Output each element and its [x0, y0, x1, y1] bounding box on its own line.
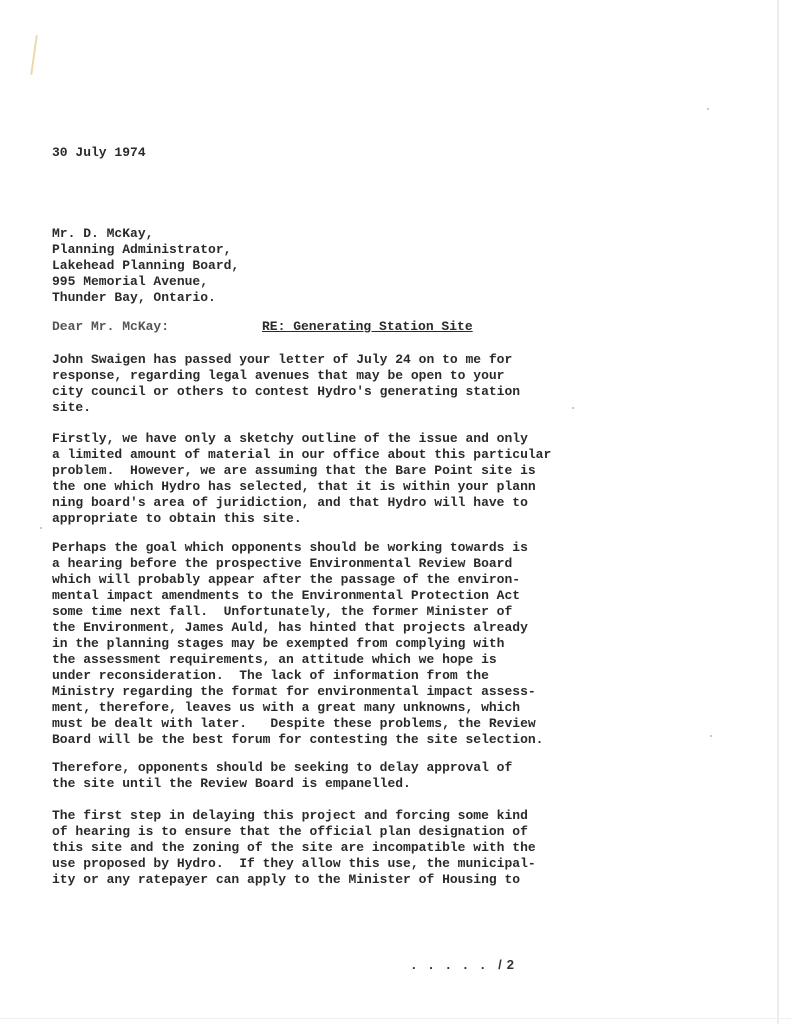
paragraph-1: John Swaigen has passed your letter of J…: [52, 352, 520, 416]
text-line: must be dealt with later. Despite these …: [52, 716, 543, 732]
text-line: problem. However, we are assuming that t…: [52, 463, 551, 479]
text-line: of hearing is to ensure that the officia…: [52, 824, 536, 840]
text-line: ity or any ratepayer can apply to the Mi…: [52, 872, 536, 888]
subject-line: RE: Generating Station Site: [262, 319, 473, 335]
text-line: Board will be the best forum for contest…: [52, 732, 543, 748]
text-line: response, regarding legal avenues that m…: [52, 368, 520, 384]
text-line: site.: [52, 400, 520, 416]
text-line: appropriate to obtain this site.: [52, 511, 551, 527]
recipient-address: Mr. D. McKay, Planning Administrator, La…: [52, 226, 239, 306]
text-line: the Environment, James Auld, has hinted …: [52, 620, 543, 636]
text-line: the site until the Review Board is empan…: [52, 776, 512, 792]
text-line: city council or others to contest Hydro'…: [52, 384, 520, 400]
recipient-line: 995 Memorial Avenue,: [52, 274, 239, 290]
text-line: ment, therefore, leaves us with a great …: [52, 700, 543, 716]
speck: [707, 108, 709, 110]
paragraph-4: Therefore, opponents should be seeking t…: [52, 760, 512, 792]
text-line: in the planning stages may be exempted f…: [52, 636, 543, 652]
text-line: which will probably appear after the pas…: [52, 572, 543, 588]
text-line: ning board's area of juridiction, and th…: [52, 495, 551, 511]
letter-date: 30 July 1974: [52, 145, 146, 161]
page-continuation-marker: . . . . . /2: [412, 957, 519, 972]
text-line: Ministry regarding the format for enviro…: [52, 684, 543, 700]
recipient-line: Thunder Bay, Ontario.: [52, 290, 239, 306]
text-line: a hearing before the prospective Environ…: [52, 556, 543, 572]
text-line: mental impact amendments to the Environm…: [52, 588, 543, 604]
text-line: John Swaigen has passed your letter of J…: [52, 352, 520, 368]
text-line: Perhaps the goal which opponents should …: [52, 540, 543, 556]
recipient-line: Planning Administrator,: [52, 242, 239, 258]
paragraph-3: Perhaps the goal which opponents should …: [52, 540, 543, 748]
recipient-line: Lakehead Planning Board,: [52, 258, 239, 274]
speck: [572, 407, 574, 409]
paragraph-5: The first step in delaying this project …: [52, 808, 536, 888]
page-edge: [777, 0, 779, 1024]
text-line: the assessment requirements, an attitude…: [52, 652, 543, 668]
text-line: Therefore, opponents should be seeking t…: [52, 760, 512, 776]
paragraph-2: Firstly, we have only a sketchy outline …: [52, 431, 551, 527]
text-line: the one which Hydro has selected, that i…: [52, 479, 551, 495]
salutation: Dear Mr. McKay:: [52, 319, 169, 335]
text-line: under reconsideration. The lack of infor…: [52, 668, 543, 684]
pencil-mark: [30, 35, 38, 75]
text-line: this site and the zoning of the site are…: [52, 840, 536, 856]
text-line: use proposed by Hydro. If they allow thi…: [52, 856, 536, 872]
text-line: a limited amount of material in our offi…: [52, 447, 551, 463]
text-line: The first step in delaying this project …: [52, 808, 536, 824]
recipient-line: Mr. D. McKay,: [52, 226, 239, 242]
text-line: Firstly, we have only a sketchy outline …: [52, 431, 551, 447]
speck: [40, 527, 42, 529]
page-edge-bottom: [0, 1018, 791, 1019]
speck: [710, 735, 712, 737]
text-line: some time next fall. Unfortunately, the …: [52, 604, 543, 620]
